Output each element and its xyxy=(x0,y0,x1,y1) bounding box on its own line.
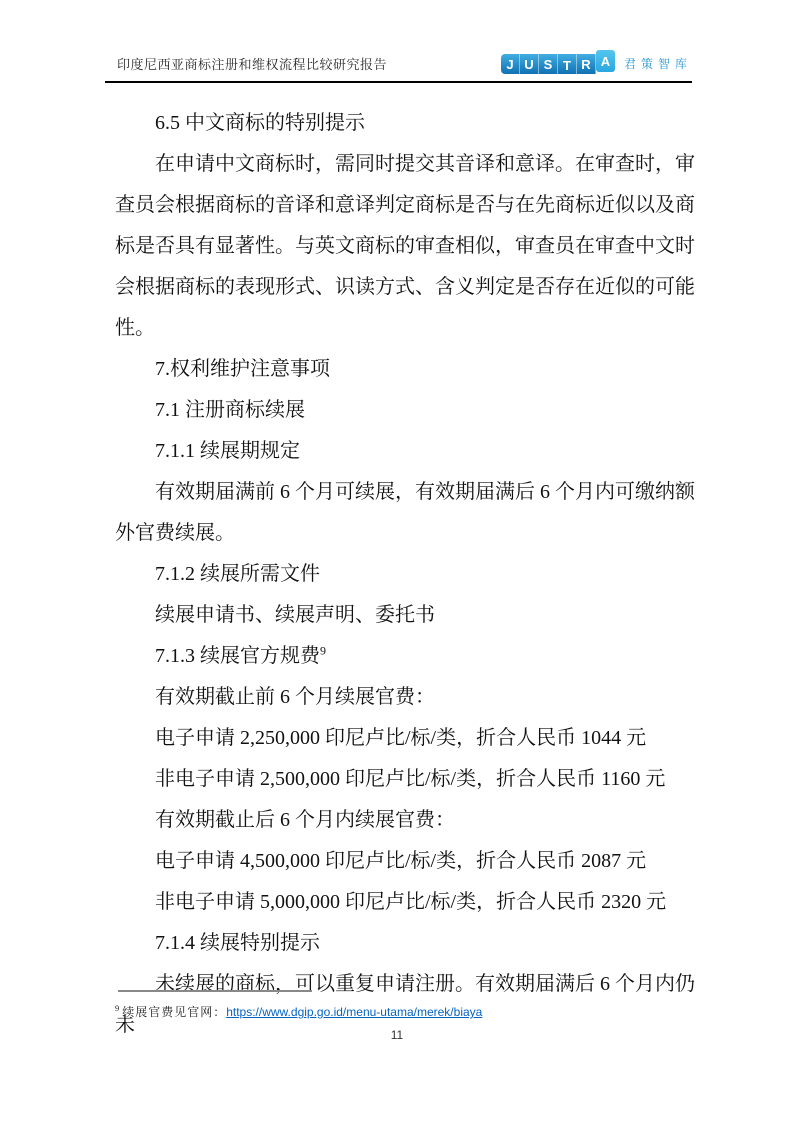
para-fee-after-title: 有效期截止后 6 个月内续展官费： xyxy=(115,800,695,841)
document-body: 6.5 中文商标的特别提示 在申请中文商标时，需同时提交其音译和意译。在审查时，… xyxy=(115,103,695,1046)
heading-7-1-2: 7.1.2 续展所需文件 xyxy=(115,554,695,595)
para-fee-efiling-before: 电子申请 2,250,000 印尼卢比/标/类，折合人民币 1044 元 xyxy=(115,718,695,759)
heading-7-1-3: 7.1.3 续展官方规费9 xyxy=(115,636,695,677)
logo-letter-t: T xyxy=(558,54,577,74)
logo-letter-s: S xyxy=(539,54,558,74)
logo-letter-r: R xyxy=(577,54,596,74)
document-page: 印度尼西亚商标注册和维权流程比较研究报告 J U S T R A 君策智库 6.… xyxy=(0,0,794,1123)
para-chinese-mark-note: 在申请中文商标时，需同时提交其音译和意译。在审查时，审查员会根据商标的音译和意译… xyxy=(115,144,695,349)
brand-name: 君策智库 xyxy=(624,55,692,72)
logo-letter-a: A xyxy=(596,50,615,72)
para-fee-paper-before: 非电子申请 2,500,000 印尼卢比/标/类，折合人民币 1160 元 xyxy=(115,759,695,800)
heading-6-5: 6.5 中文商标的特别提示 xyxy=(115,103,695,144)
footnote-marker: 9 xyxy=(115,1004,119,1013)
para-fee-efiling-after: 电子申请 4,500,000 印尼卢比/标/类，折合人民币 2087 元 xyxy=(115,841,695,882)
heading-7-1-3-text: 7.1.3 续展官方规费 xyxy=(155,645,320,667)
footnote-link[interactable]: https://www.dgip.go.id/menu-utama/merek/… xyxy=(226,1005,482,1019)
footnote-ref-9: 9 xyxy=(320,643,326,657)
logo-letter-j: J xyxy=(501,54,520,74)
para-fee-paper-after: 非电子申请 5,000,000 印尼卢比/标/类，折合人民币 2320 元 xyxy=(115,882,695,923)
para-renewal-period: 有效期届满前 6 个月可续展，有效期届满后 6 个月内可缴纳额外官费续展。 xyxy=(115,472,695,554)
footnote-label: 续展官费见官网： xyxy=(122,1005,226,1019)
para-renewal-docs: 续展申请书、续展声明、委托书 xyxy=(115,595,695,636)
logo-letter-u: U xyxy=(520,54,539,74)
justra-logo: J U S T R A 君策智库 xyxy=(501,52,692,74)
heading-7-1-1: 7.1.1 续展期规定 xyxy=(115,431,695,472)
footnote: 9续展官费见官网：https://www.dgip.go.id/menu-uta… xyxy=(115,1003,482,1020)
footnote-separator xyxy=(118,990,312,992)
justra-logo-letterboxes: J U S T R A xyxy=(501,52,615,74)
header-title: 印度尼西亚商标注册和维权流程比较研究报告 xyxy=(105,54,387,73)
heading-7: 7.权利维护注意事项 xyxy=(115,349,695,390)
page-header: 印度尼西亚商标注册和维权流程比较研究报告 J U S T R A 君策智库 xyxy=(105,52,692,83)
para-fee-before-title: 有效期截止前 6 个月续展官费： xyxy=(115,677,695,718)
heading-7-1: 7.1 注册商标续展 xyxy=(115,390,695,431)
heading-7-1-4: 7.1.4 续展特别提示 xyxy=(115,923,695,964)
page-number: 11 xyxy=(0,1028,794,1042)
